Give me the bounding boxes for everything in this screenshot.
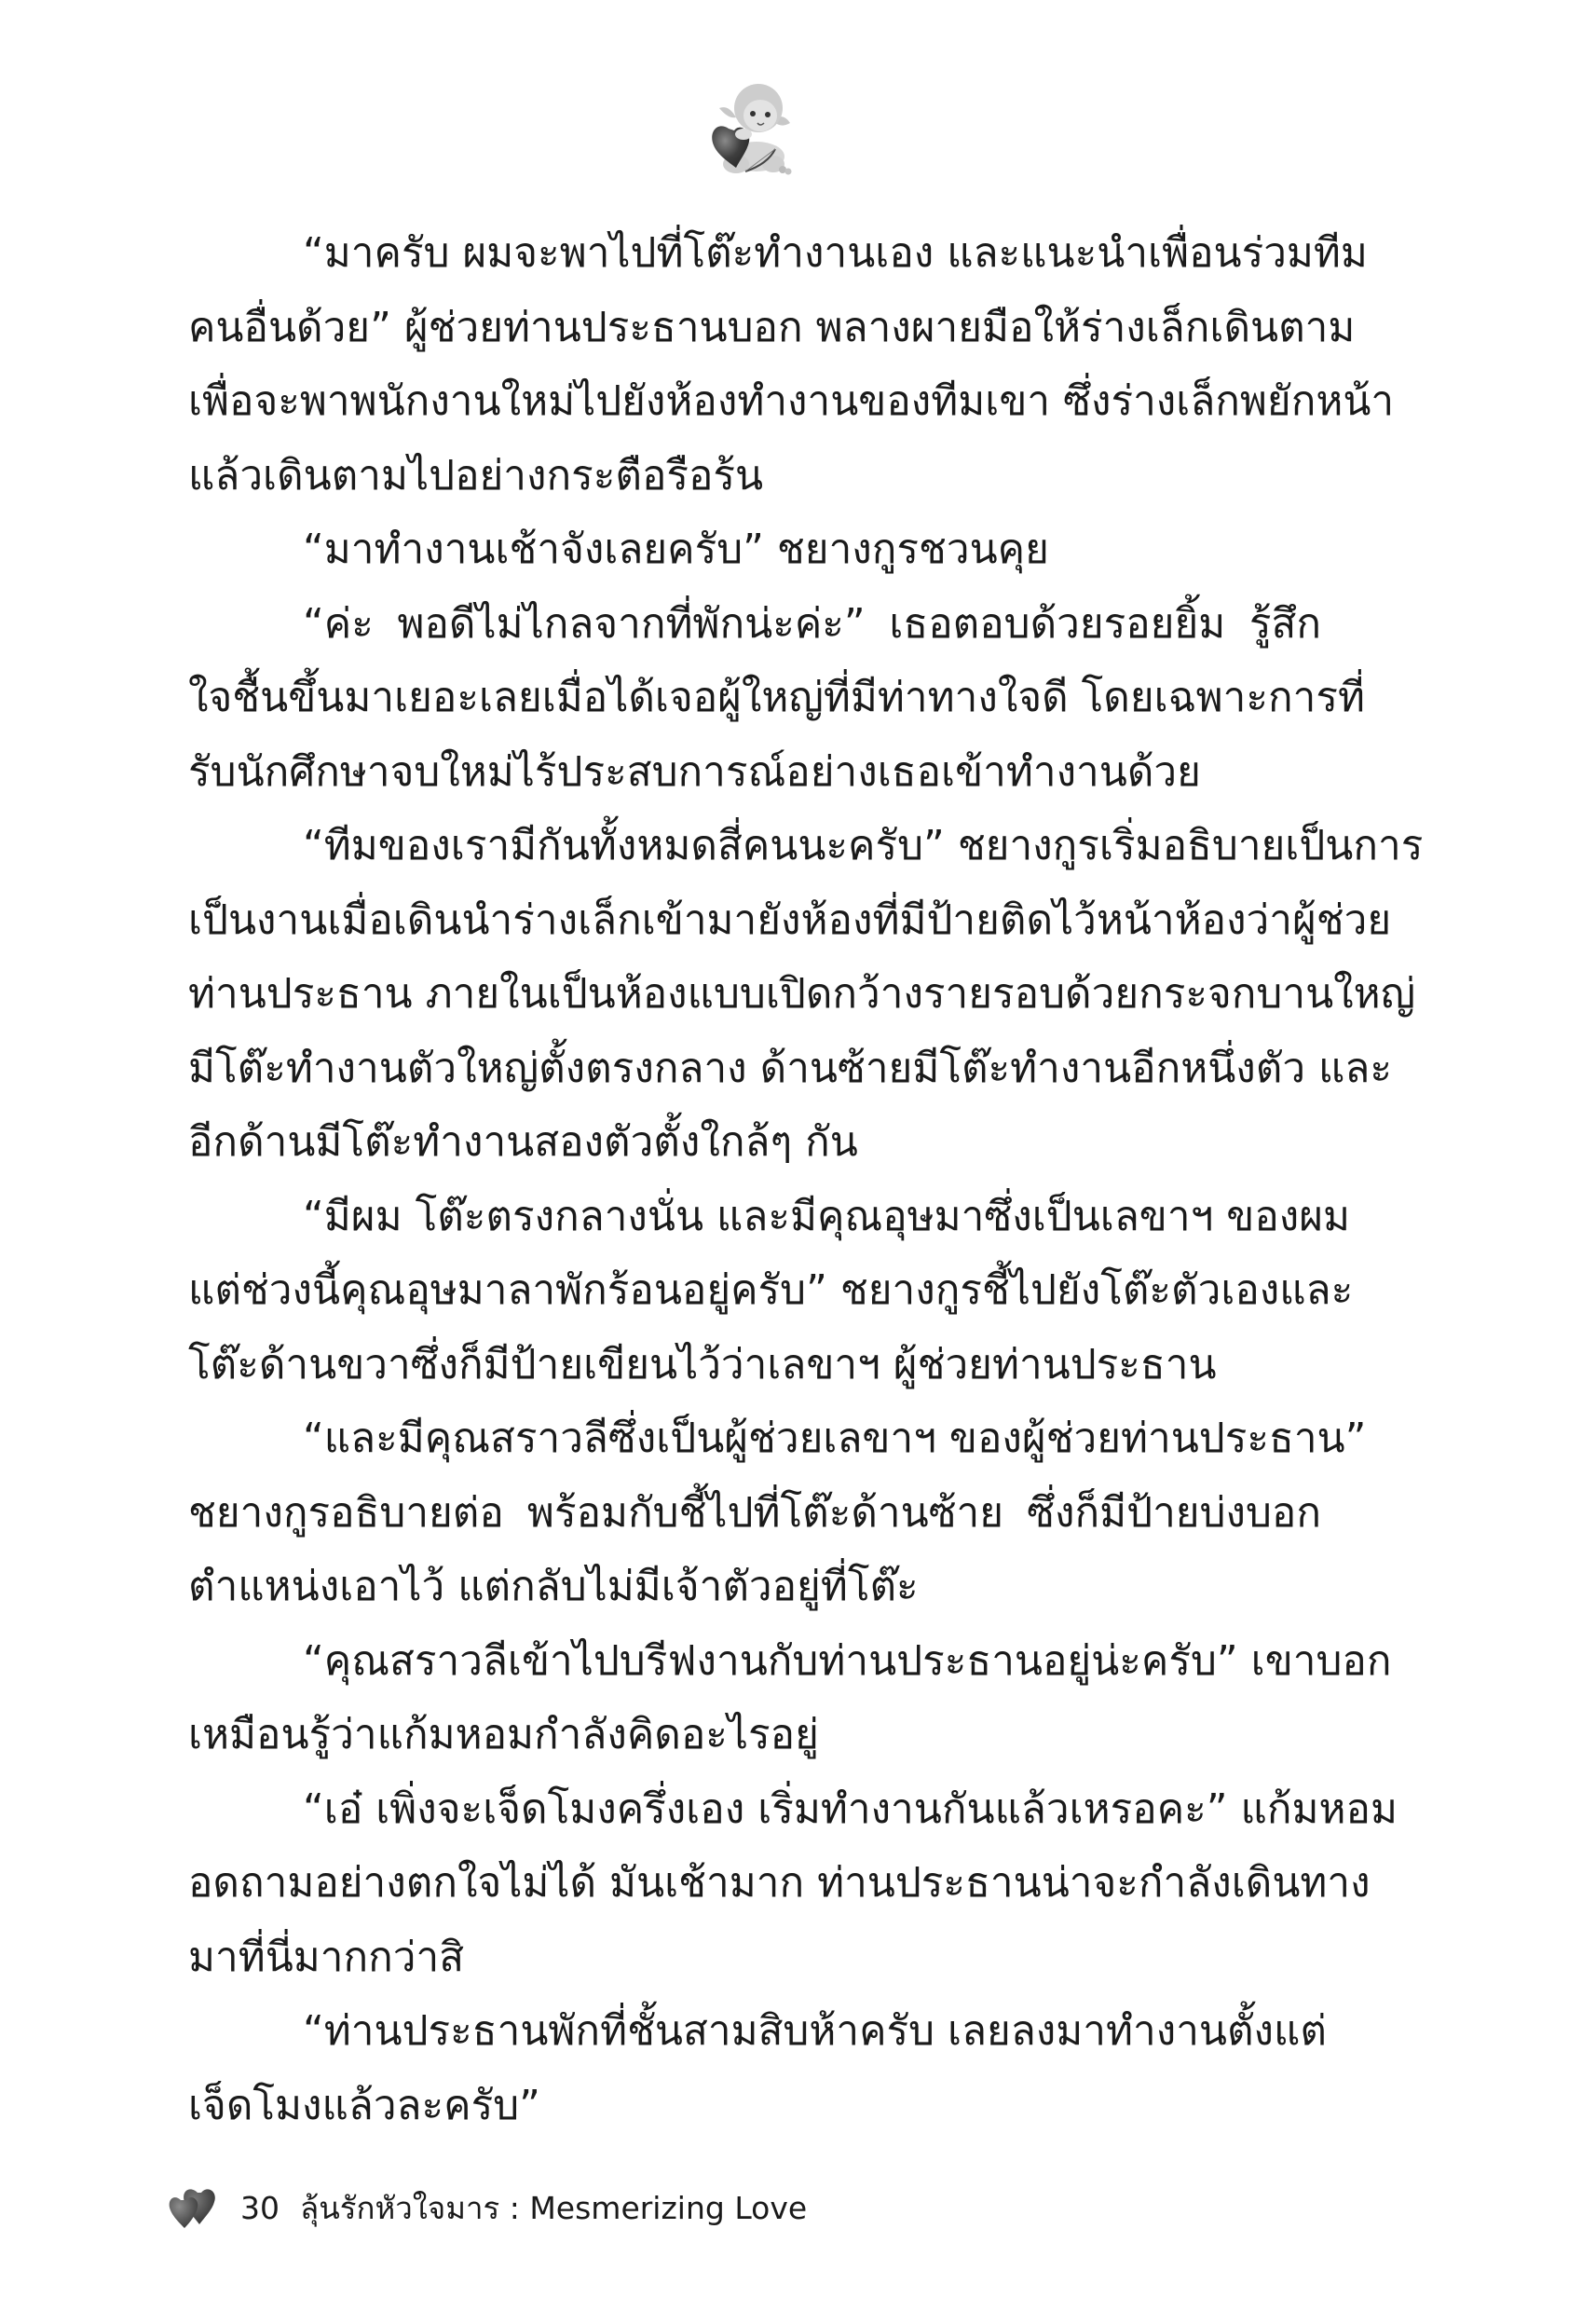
text-line: “เอ๋ เพิ่งจะเจ็ดโมงครึ่งเอง เริ่มทำงานกั… [188,1772,1321,1847]
text-line: “และมีคุณสราวลีซึ่งเป็นผู้ช่วยเลขาฯ ของผ… [188,1402,1321,1476]
chapter-body-text: “มาครับ ผมจะพาไปที่โต๊ะทำงานเอง และแนะนำ… [188,216,1321,2142]
text-line: คนอื่นด้วย” ผู้ช่วยท่านประธานบอก พลางผาย… [188,291,1321,365]
text-line: เจ็ดโมงแล้วละครับ” [188,2069,1321,2143]
two-hearts-icon [168,2185,216,2230]
cupid-holding-heart-icon [708,80,801,177]
text-line: “มาทำงานเช้าจังเลยครับ” ชยางกูรชวนคุย [188,513,1321,587]
text-line: แต่ช่วงนี้คุณอุษมาลาพักร้อนอยู่ครับ” ชยา… [188,1253,1321,1328]
page-footer: 30ลุ้นรักหัวใจมาร : Mesmerizing Love [168,2182,807,2233]
text-line: “คุณสราวลีเข้าไปบรีฟงานกับท่านประธานอยู่… [188,1624,1321,1699]
text-line: มีโต๊ะทำงานตัวใหญ่ตั้งตรงกลาง ด้านซ้ายมี… [188,1032,1321,1106]
text-line: มาที่นี่มากกว่าสิ [188,1921,1321,1995]
text-line: รับนักศึกษาจบใหม่ไร้ประสบการณ์อย่างเธอเข… [188,735,1321,810]
text-line: ใจชื้นขึ้นมาเยอะเลยเมื่อได้เจอผู้ใหญ่ที่… [188,661,1321,735]
text-line: “ท่านประธานพักที่ชั้นสามสิบห้าครับ เลยลง… [188,1994,1321,2069]
text-line: “มาครับ ผมจะพาไปที่โต๊ะทำงานเอง และแนะนำ… [188,216,1321,291]
book-title: ลุ้นรักหัวใจมาร : Mesmerizing Love [300,2190,807,2226]
text-line: ท่านประธาน ภายในเป็นห้องแบบเปิดกว้างรายร… [188,957,1321,1032]
text-line: แล้วเดินตามไปอย่างกระตือรือร้น [188,439,1321,513]
footer-caption: 30ลุ้นรักหัวใจมาร : Mesmerizing Love [240,2183,807,2233]
text-line: “ค่ะ พอดีไม่ไกลจากที่พักน่ะค่ะ” เธอตอบด้… [188,587,1321,662]
text-line: อีกด้านมีโต๊ะทำงานสองตัวตั้งใกล้ๆ กัน [188,1105,1321,1180]
text-line: “มีผม โต๊ะตรงกลางนั่น และมีคุณอุษมาซึ่งเ… [188,1180,1321,1254]
text-line: “ทีมของเรามีกันทั้งหมดสี่คนนะครับ” ชยางก… [188,809,1321,883]
text-line: เหมือนรู้ว่าแก้มหอมกำลังคิดอะไรอยู่ [188,1698,1321,1772]
text-line: อดถามอย่างตกใจไม่ได้ มันเช้ามาก ท่านประธ… [188,1846,1321,1921]
text-line: เป็นงานเมื่อเดินนำร่างเล็กเข้ามายังห้องท… [188,883,1321,958]
text-line: ชยางกูรอธิบายต่อ พร้อมกับชี้ไปที่โต๊ะด้า… [188,1476,1321,1551]
text-line: โต๊ะด้านขวาซึ่งก็มีป้ายเขียนไว้ว่าเลขาฯ … [188,1328,1321,1402]
text-line: ตำแหน่งเอาไว้ แต่กลับไม่มีเจ้าตัวอยู่ที่… [188,1550,1321,1624]
text-line: เพื่อจะพาพนักงานใหม่ไปยังห้องทำงานของทีม… [188,364,1321,439]
page-number: 30 [240,2190,280,2226]
